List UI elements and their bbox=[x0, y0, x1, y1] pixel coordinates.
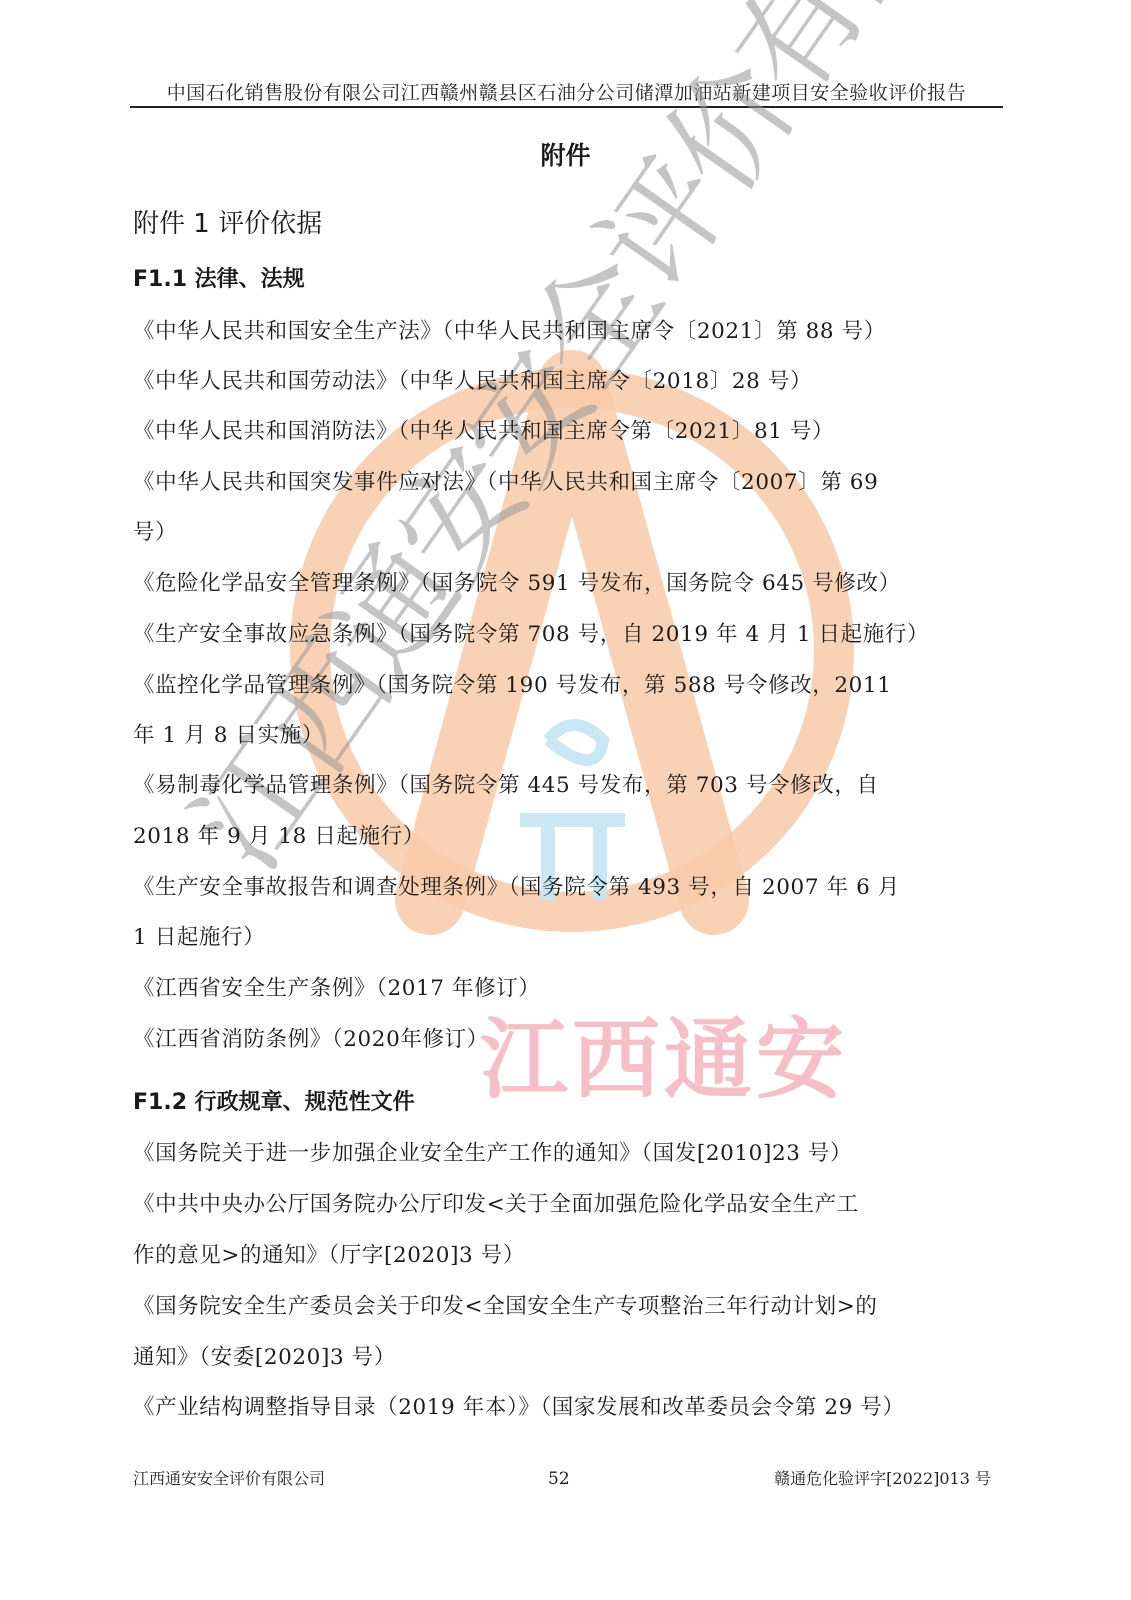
list-item: 《中华人民共和国消防法》（中华人民共和国主席令第〔2021〕81 号） bbox=[133, 414, 834, 445]
list-item: 年 1 月 8 日实施） bbox=[133, 718, 324, 749]
list-item: 《产业结构调整指导目录（2019 年本）》（国家发展和改革委员会令第 29 号） bbox=[133, 1390, 905, 1421]
document-page: 江西通安 江西通安安全评价有限公司 中国石化销售股份有限公司江西赣州赣县区石油分… bbox=[0, 0, 1131, 1600]
list-item: 《易制毒化学品管理条例》（国务院令第 445 号发布，第 703 号令修改，自 bbox=[133, 768, 879, 799]
list-item: 号） bbox=[133, 515, 177, 546]
watermark-red-text: 江西通安 bbox=[480, 990, 848, 1116]
list-item: 《中华人民共和国突发事件应对法》（中华人民共和国主席令〔2007〕第 69 bbox=[133, 465, 878, 496]
watermark-diagonal-text: 江西通安安全评价有限公司 bbox=[143, 0, 1099, 898]
subsection-heading-laws: F1.1 法律、法规 bbox=[133, 262, 305, 293]
list-item: 2018 年 9 月 18 日起施行） bbox=[133, 819, 425, 850]
list-item: 《中华人民共和国安全生产法》（中华人民共和国主席令〔2021〕第 88 号） bbox=[133, 314, 886, 345]
list-item: 通知》（安委[2020]3 号） bbox=[133, 1340, 396, 1371]
page-title: 附件 bbox=[0, 136, 1131, 172]
footer-doc-number: 赣通危化验评字[2022]013 号 bbox=[774, 1466, 991, 1489]
list-item: 《中共中央办公厅国务院办公厅印发<关于全面加强危险化学品安全生产工 bbox=[133, 1187, 859, 1218]
appendix-heading: 附件 1 评价依据 bbox=[133, 203, 322, 240]
running-header: 中国石化销售股份有限公司江西赣州赣县区石油分公司储潭加油站新建项目安全验收评价报… bbox=[130, 78, 1003, 105]
header-divider bbox=[130, 106, 1003, 108]
subsection-heading-regulations: F1.2 行政规章、规范性文件 bbox=[133, 1085, 415, 1116]
list-item: 《国务院安全生产委员会关于印发<全国安全生产专项整治三年行动计划>的 bbox=[133, 1289, 877, 1320]
list-item: 《江西省安全生产条例》（2017 年修订） bbox=[133, 971, 540, 1002]
list-item: 《生产安全事故报告和调查处理条例》（国务院令第 493 号，自 2007 年 6… bbox=[133, 870, 900, 901]
footer-company: 江西通安安全评价有限公司 bbox=[133, 1466, 325, 1489]
list-item: 作的意见>的通知》（厅字[2020]3 号） bbox=[133, 1238, 525, 1269]
list-item: 《危险化学品安全管理条例》（国务院令 591 号发布，国务院令 645 号修改） bbox=[133, 566, 901, 597]
list-item: 《中华人民共和国劳动法》（中华人民共和国主席令〔2018〕28 号） bbox=[133, 364, 812, 395]
list-item: 《监控化学品管理条例》（国务院令第 190 号发布，第 588 号令修改，201… bbox=[133, 668, 891, 699]
list-item: 《国务院关于进一步加强企业安全生产工作的通知》（国发[2010]23 号） bbox=[133, 1136, 852, 1167]
list-item: 《江西省消防条例》（2020年修订） bbox=[133, 1022, 489, 1053]
list-item: 1 日起施行） bbox=[133, 920, 265, 951]
list-item: 《生产安全事故应急条例》（国务院令第 708 号，自 2019 年 4 月 1 … bbox=[133, 617, 929, 648]
page-number: 52 bbox=[548, 1469, 570, 1489]
